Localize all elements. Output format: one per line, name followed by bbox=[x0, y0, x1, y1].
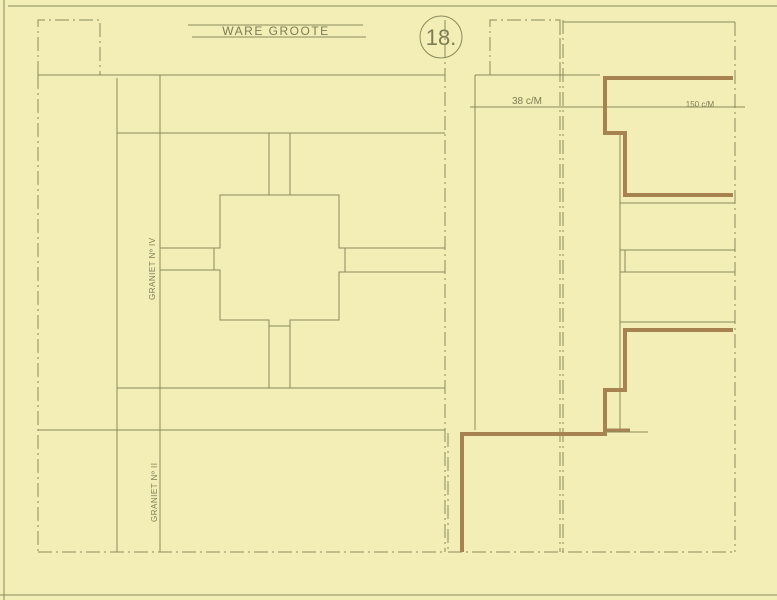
granite-label-lower: GRANIET Nº II bbox=[150, 462, 159, 522]
profile-outline-upper bbox=[605, 78, 733, 195]
right-section: 38 c/M 150 c/M bbox=[448, 20, 745, 552]
profile-outline-lower bbox=[462, 330, 733, 552]
dimension-label-left: 38 c/M bbox=[512, 96, 542, 107]
drawing-title: WARE GROOTE bbox=[222, 24, 329, 38]
title-block: WARE GROOTE bbox=[188, 24, 366, 38]
drawing-sheet: WARE GROOTE 18. bbox=[0, 0, 777, 600]
left-plan: GRANIET Nº IV GRANIET Nº II bbox=[38, 20, 445, 552]
technical-drawing: WARE GROOTE 18. bbox=[0, 0, 777, 600]
dimension-label-right: 150 c/M bbox=[686, 100, 715, 109]
sheet-number: 18. bbox=[426, 25, 457, 50]
sheet-number-badge: 18. bbox=[420, 16, 462, 58]
granite-label-upper: GRANIET Nº IV bbox=[148, 237, 157, 300]
